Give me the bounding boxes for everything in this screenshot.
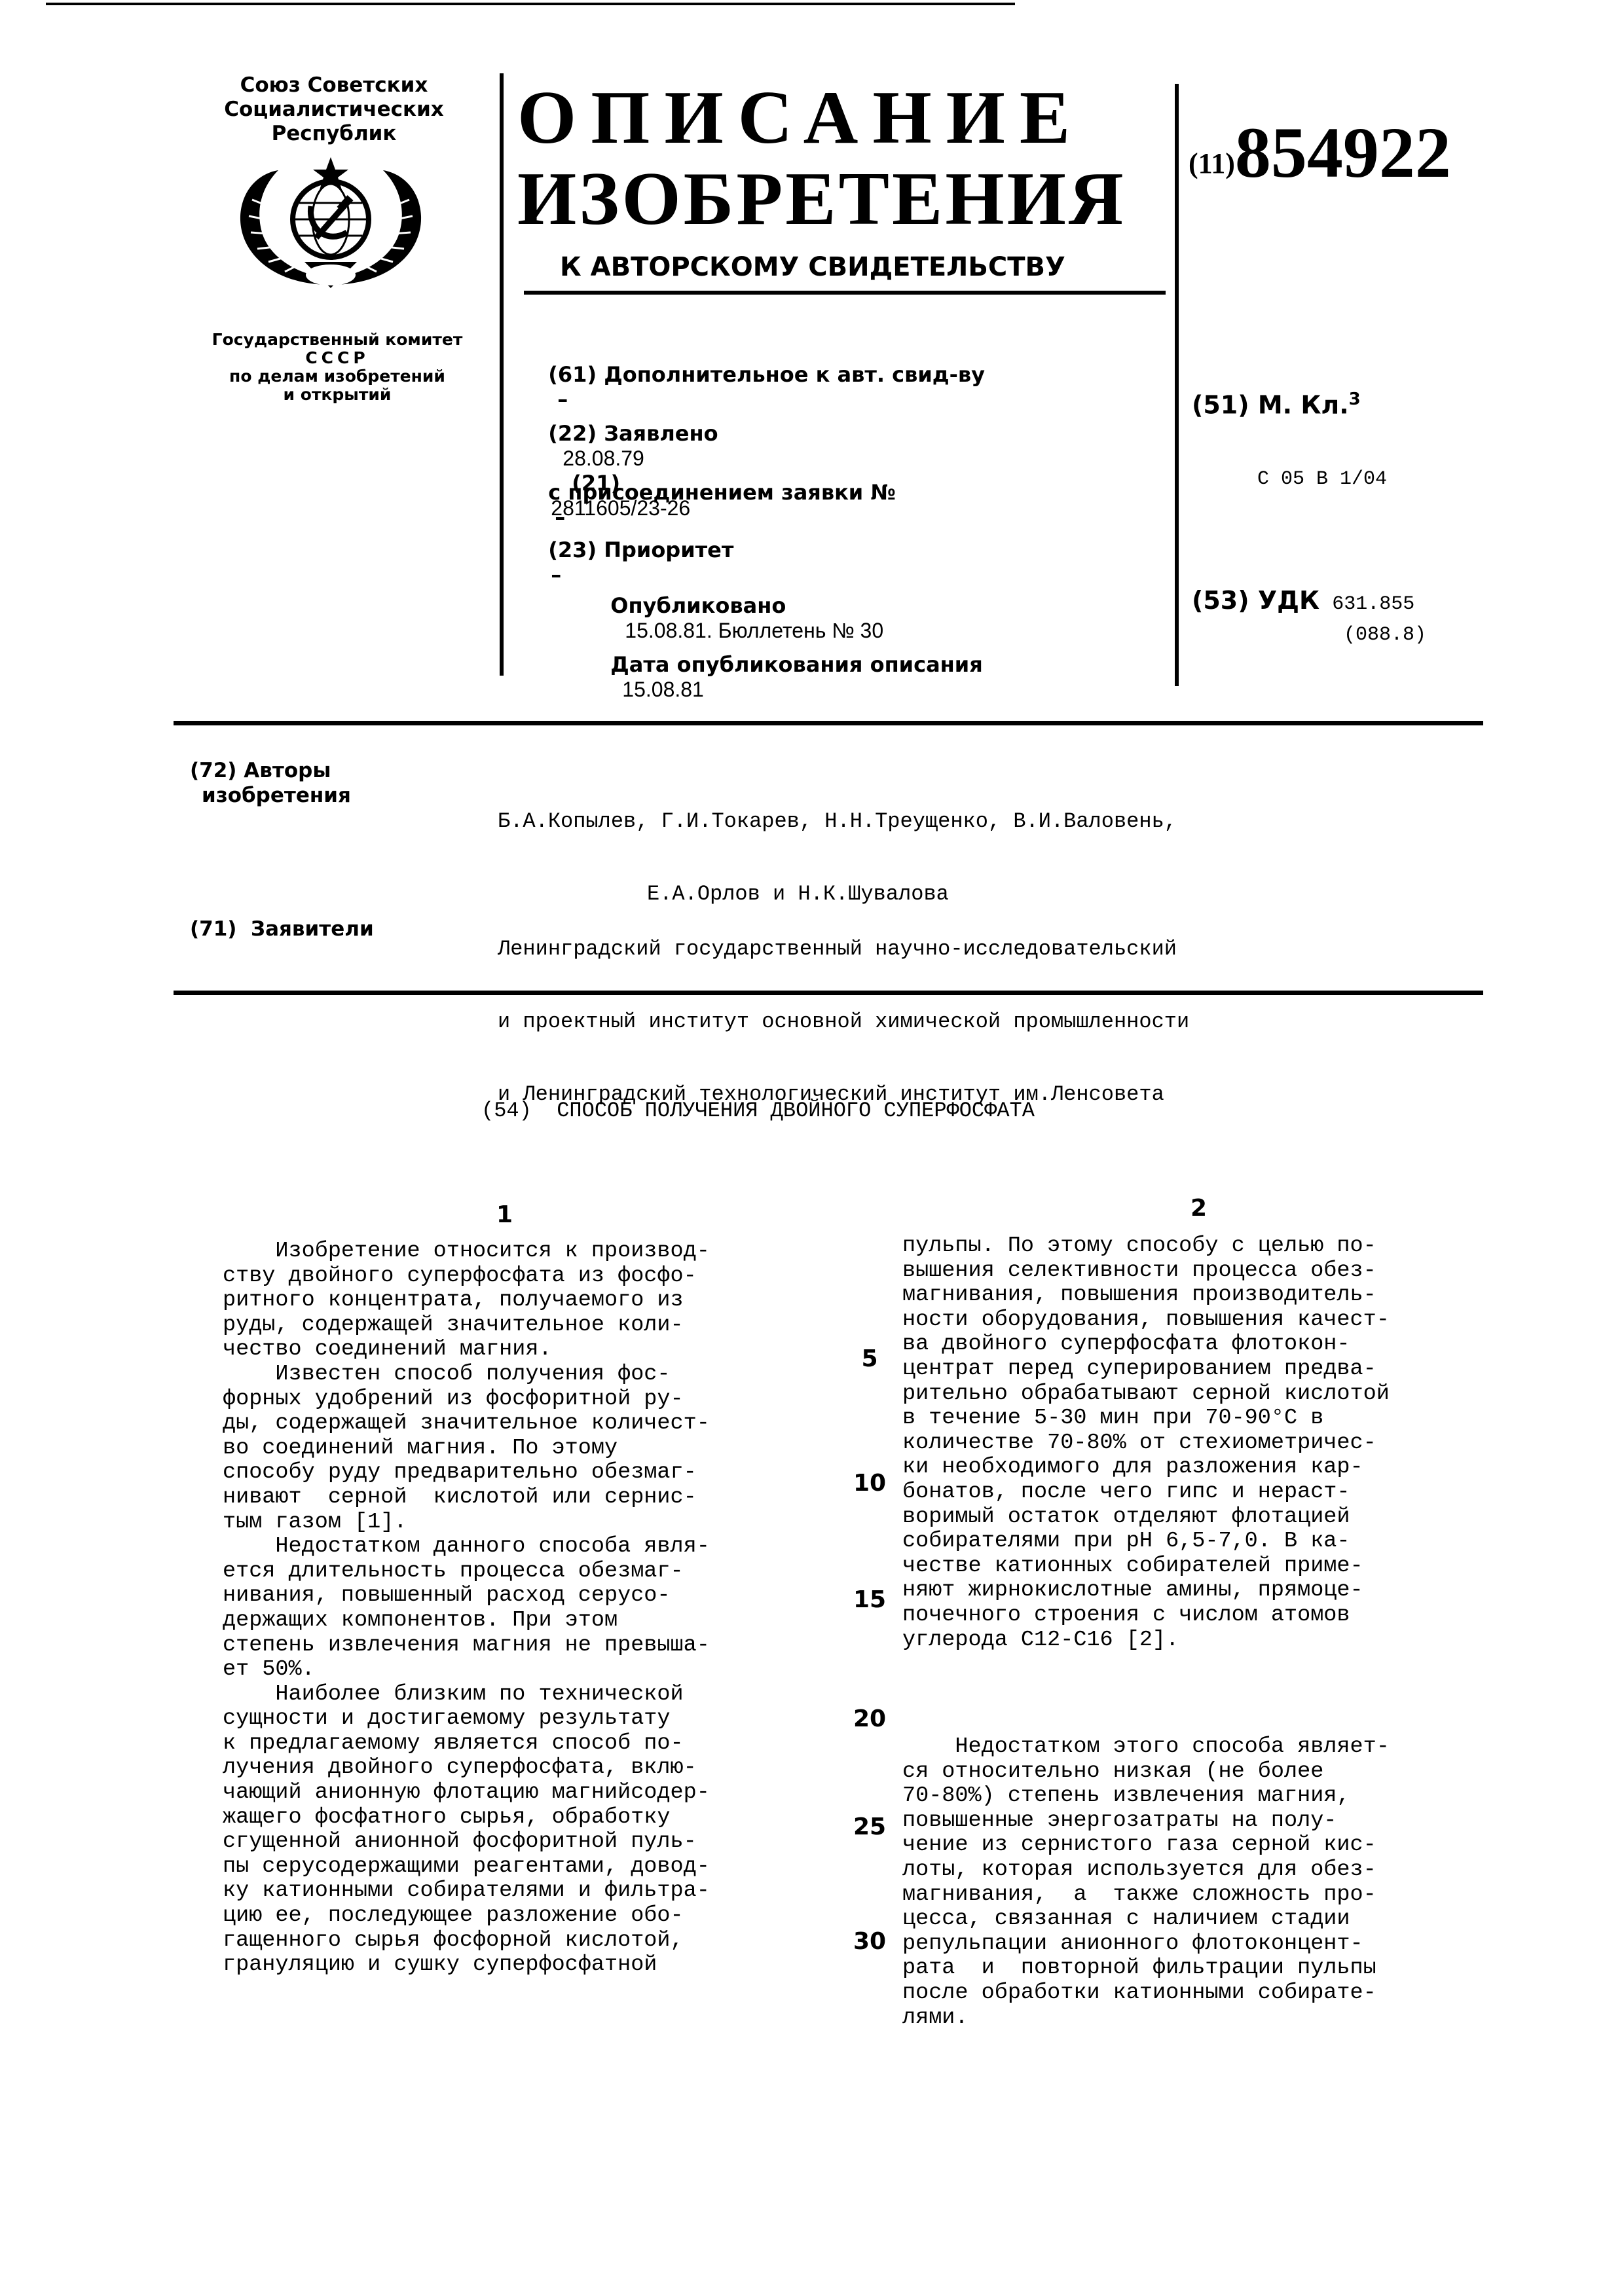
text-line: в течение 5-30 мин при 70-90°С в xyxy=(902,1406,1557,1431)
text-line: цесса, связанная с наличием стадии xyxy=(902,1907,1557,1932)
field-description-date: Дата опубликования описания 15.08.81 xyxy=(596,627,1238,702)
field-51: (51) М. Кл.3 xyxy=(1192,390,1361,420)
description-date-value: 15.08.81 xyxy=(622,678,704,701)
line-number: 20 xyxy=(847,1705,893,1732)
text-line: магнивания, а также сложность про- xyxy=(902,1883,1557,1908)
published-label: Опубликовано xyxy=(610,593,786,618)
text-line: пы серусодержащими реагентами, довод- xyxy=(223,1855,845,1880)
text-line: рительно обрабатывают серной кислотой xyxy=(902,1382,1557,1407)
union-line: Республик xyxy=(190,122,478,146)
text-line: цию ее, последующее разложение обо- xyxy=(223,1904,845,1929)
field-51-edition: 3 xyxy=(1349,390,1361,409)
text-line: гащенного сырья фосфорной кислотой, xyxy=(223,1929,845,1954)
text-line: лоты, которая используется для обез- xyxy=(902,1858,1557,1883)
authors-label-line: (72) Авторы xyxy=(190,758,351,783)
committee-line: Государственный комитет xyxy=(183,331,491,349)
description-column-right-continued: Недостатком этого способа являет-ся отно… xyxy=(902,1735,1557,2030)
text-line: к предлагаемому является способ по- xyxy=(223,1732,845,1757)
text-line: чающий анионную флотацию магнийсодер- xyxy=(223,1781,845,1806)
text-line: 70-80%) степень извлечения магния, xyxy=(902,1784,1557,1809)
text-line: жащего фосфатного сырья, обработку xyxy=(223,1806,845,1831)
text-line: бонатов, после чего гипс и нераст- xyxy=(902,1480,1557,1505)
text-line: пульпы. По этому способу с целью по- xyxy=(902,1234,1557,1259)
text-line: няют жирнокислотные амины, прямоце- xyxy=(902,1578,1557,1603)
field-53: (53) УДК 631.855 xyxy=(1192,586,1414,615)
title-line-2: ИЗОБРЕТЕНИЯ xyxy=(517,158,1169,240)
text-line: воримый остаток отделяют флотацией xyxy=(902,1505,1557,1530)
column-number-right: 2 xyxy=(1190,1195,1207,1222)
column-number-left: 1 xyxy=(496,1201,513,1228)
text-line: ва двойного суперфосфата флотокон- xyxy=(902,1332,1557,1357)
text-line: ки необходимого для разложения кар- xyxy=(902,1455,1557,1480)
text-line: количестве 70-80% от стехиометричес- xyxy=(902,1431,1557,1456)
line-number: 25 xyxy=(847,1813,893,1840)
text-line: способу руду предварительно обезмаг- xyxy=(223,1461,845,1485)
field-22-label: (22) Заявлено xyxy=(548,421,718,446)
field-23-label: (23) Приоритет xyxy=(548,538,733,562)
udc-value: 631.855 xyxy=(1332,593,1414,615)
document-subtitle: К АВТОРСКОМУ СВИДЕТЕЛЬСТВУ xyxy=(560,252,1149,282)
authors-label-line: изобретения xyxy=(190,783,351,808)
text-line: лями. xyxy=(902,2006,1557,2031)
header-divider-left xyxy=(500,73,504,676)
text-line: лучения двойного суперфосфата, вклю- xyxy=(223,1756,845,1781)
applicant-line: и проектный институт основной химической… xyxy=(498,1010,1189,1034)
ussr-state-emblem-icon xyxy=(232,154,429,295)
text-line: ку катионными собирателями и фильтра- xyxy=(223,1879,845,1904)
description-date-label: Дата опубликования описания xyxy=(610,652,982,677)
section-divider xyxy=(174,991,1483,995)
field-51-label: (51) М. Кл. xyxy=(1192,391,1349,420)
top-scan-rule xyxy=(46,3,1015,5)
text-line: ности оборудования, повышения качест- xyxy=(902,1308,1557,1333)
text-line: форных удобрений из фосфоритной ру- xyxy=(223,1387,845,1412)
text-line: степень извлечения магния не превыша- xyxy=(223,1633,845,1658)
text-line: репульпации анионного флотоконцент- xyxy=(902,1932,1557,1957)
line-number: 5 xyxy=(847,1345,893,1372)
section-divider xyxy=(174,721,1483,725)
field-53-label: (53) УДК xyxy=(1192,586,1319,615)
patent-number: (11)854922 xyxy=(1189,111,1451,194)
authors-line: Б.А.Копылев, Г.И.Токарев, Н.Н.Треущенко,… xyxy=(498,809,1177,833)
line-number: 10 xyxy=(847,1470,893,1497)
text-line: повышенные энергозатраты на полу- xyxy=(902,1809,1557,1834)
text-line: вышения селективности процесса обез- xyxy=(902,1259,1557,1284)
text-line: руды, содержащей значительное коли- xyxy=(223,1313,845,1338)
applicant-line: Ленинградский государственный научно-исс… xyxy=(498,937,1189,961)
subtitle-underline xyxy=(524,291,1166,295)
attach-label: с присоединением заявки № xyxy=(548,480,896,505)
text-line: нивают серной кислотой или сернис- xyxy=(223,1485,845,1510)
text-line: нивания, повышенный расход серусо- xyxy=(223,1584,845,1609)
field-61-label: (61) Дополнительное к авт. свид-ву xyxy=(548,362,985,387)
text-line: углерода C12-C16 [2]. xyxy=(902,1628,1557,1653)
committee-line: СССР xyxy=(183,349,491,367)
text-line: Изобретение относится к производ- xyxy=(223,1239,845,1264)
text-line: ству двойного суперфосфата из фосфо- xyxy=(223,1264,845,1289)
text-line: центрат перед суперированием предва- xyxy=(902,1357,1557,1382)
text-line: собирателями при pH 6,5-7,0. В ка- xyxy=(902,1529,1557,1554)
text-line: чество соединений магния. xyxy=(223,1338,845,1362)
line-number: 30 xyxy=(847,1928,893,1955)
text-line: Недостатком этого способа являет- xyxy=(902,1735,1557,1760)
udc-value-suffix: (088.8) xyxy=(1344,624,1426,646)
document-title: ОПИСАНИЕ ИЗОБРЕТЕНИЯ xyxy=(517,77,1169,240)
text-line: магнивания, повышения производитель- xyxy=(902,1283,1557,1308)
text-line: во соединений магния. По этому xyxy=(223,1436,845,1461)
text-line: Наиболее близким по технической xyxy=(223,1683,845,1707)
text-line: честве катионных собирателей приме- xyxy=(902,1554,1557,1579)
text-line: тым газом [1]. xyxy=(223,1510,845,1535)
applicants-label-text: (71) Заявители xyxy=(190,917,374,941)
text-line: рата и повторной фильтрации пульпы xyxy=(902,1956,1557,1981)
text-line: Недостатком данного способа явля- xyxy=(223,1535,845,1559)
text-line: сущности и достигаемому результату xyxy=(223,1707,845,1732)
patent-number-code: (11) xyxy=(1189,147,1235,179)
text-line: ся относительно низкая (не более xyxy=(902,1760,1557,1785)
line-number: 15 xyxy=(847,1586,893,1613)
text-line: ет 50%. xyxy=(223,1658,845,1683)
description-column-left: Изобретение относится к производ-ству дв… xyxy=(223,1239,845,1978)
union-line: Союз Советских xyxy=(190,73,478,98)
text-line: чение из сернистого газа серной кис- xyxy=(902,1833,1557,1858)
text-line: держащих компонентов. При этом xyxy=(223,1609,845,1633)
applicants-list: Ленинградский государственный научно-исс… xyxy=(498,888,1189,1131)
invention-title: (54) СПОСОБ ПОЛУЧЕНИЯ ДВОЙНОГО СУПЕРФОСФ… xyxy=(481,1099,1035,1123)
text-line: ритного концентрата, получаемого из xyxy=(223,1288,845,1313)
issuing-country: Союз Советских Социалистических Республи… xyxy=(190,73,478,146)
issuing-authority: Государственный комитет СССР по делам из… xyxy=(183,331,491,404)
applicants-label: (71) Заявители xyxy=(190,917,374,941)
authors-label: (72) Авторы изобретения xyxy=(190,758,351,808)
description-column-right: пульпы. По этому способу с целью по-выше… xyxy=(902,1234,1557,1652)
union-line: Социалистических xyxy=(190,98,478,122)
text-line: после обработки катионными собирате- xyxy=(902,1981,1557,2006)
ipc-class: C 05 B 1/04 xyxy=(1257,468,1387,490)
committee-line: по делам изобретений xyxy=(183,367,491,386)
text-line: ется длительность процесса обезмаг- xyxy=(223,1559,845,1584)
title-line-1: ОПИСАНИЕ xyxy=(517,77,1169,158)
patent-number-value: 854922 xyxy=(1235,113,1451,192)
committee-line: и открытий xyxy=(183,386,491,404)
text-line: грануляцию и сушку суперфосфатной xyxy=(223,1953,845,1978)
text-line: Известен способ получения фос- xyxy=(223,1362,845,1387)
field-23-value: – xyxy=(551,562,561,587)
text-line: сгущенной анионной фосфоритной пуль- xyxy=(223,1830,845,1855)
text-line: ды, содержащей значительное количест- xyxy=(223,1412,845,1436)
text-line: почечного строения с числом атомов xyxy=(902,1603,1557,1628)
